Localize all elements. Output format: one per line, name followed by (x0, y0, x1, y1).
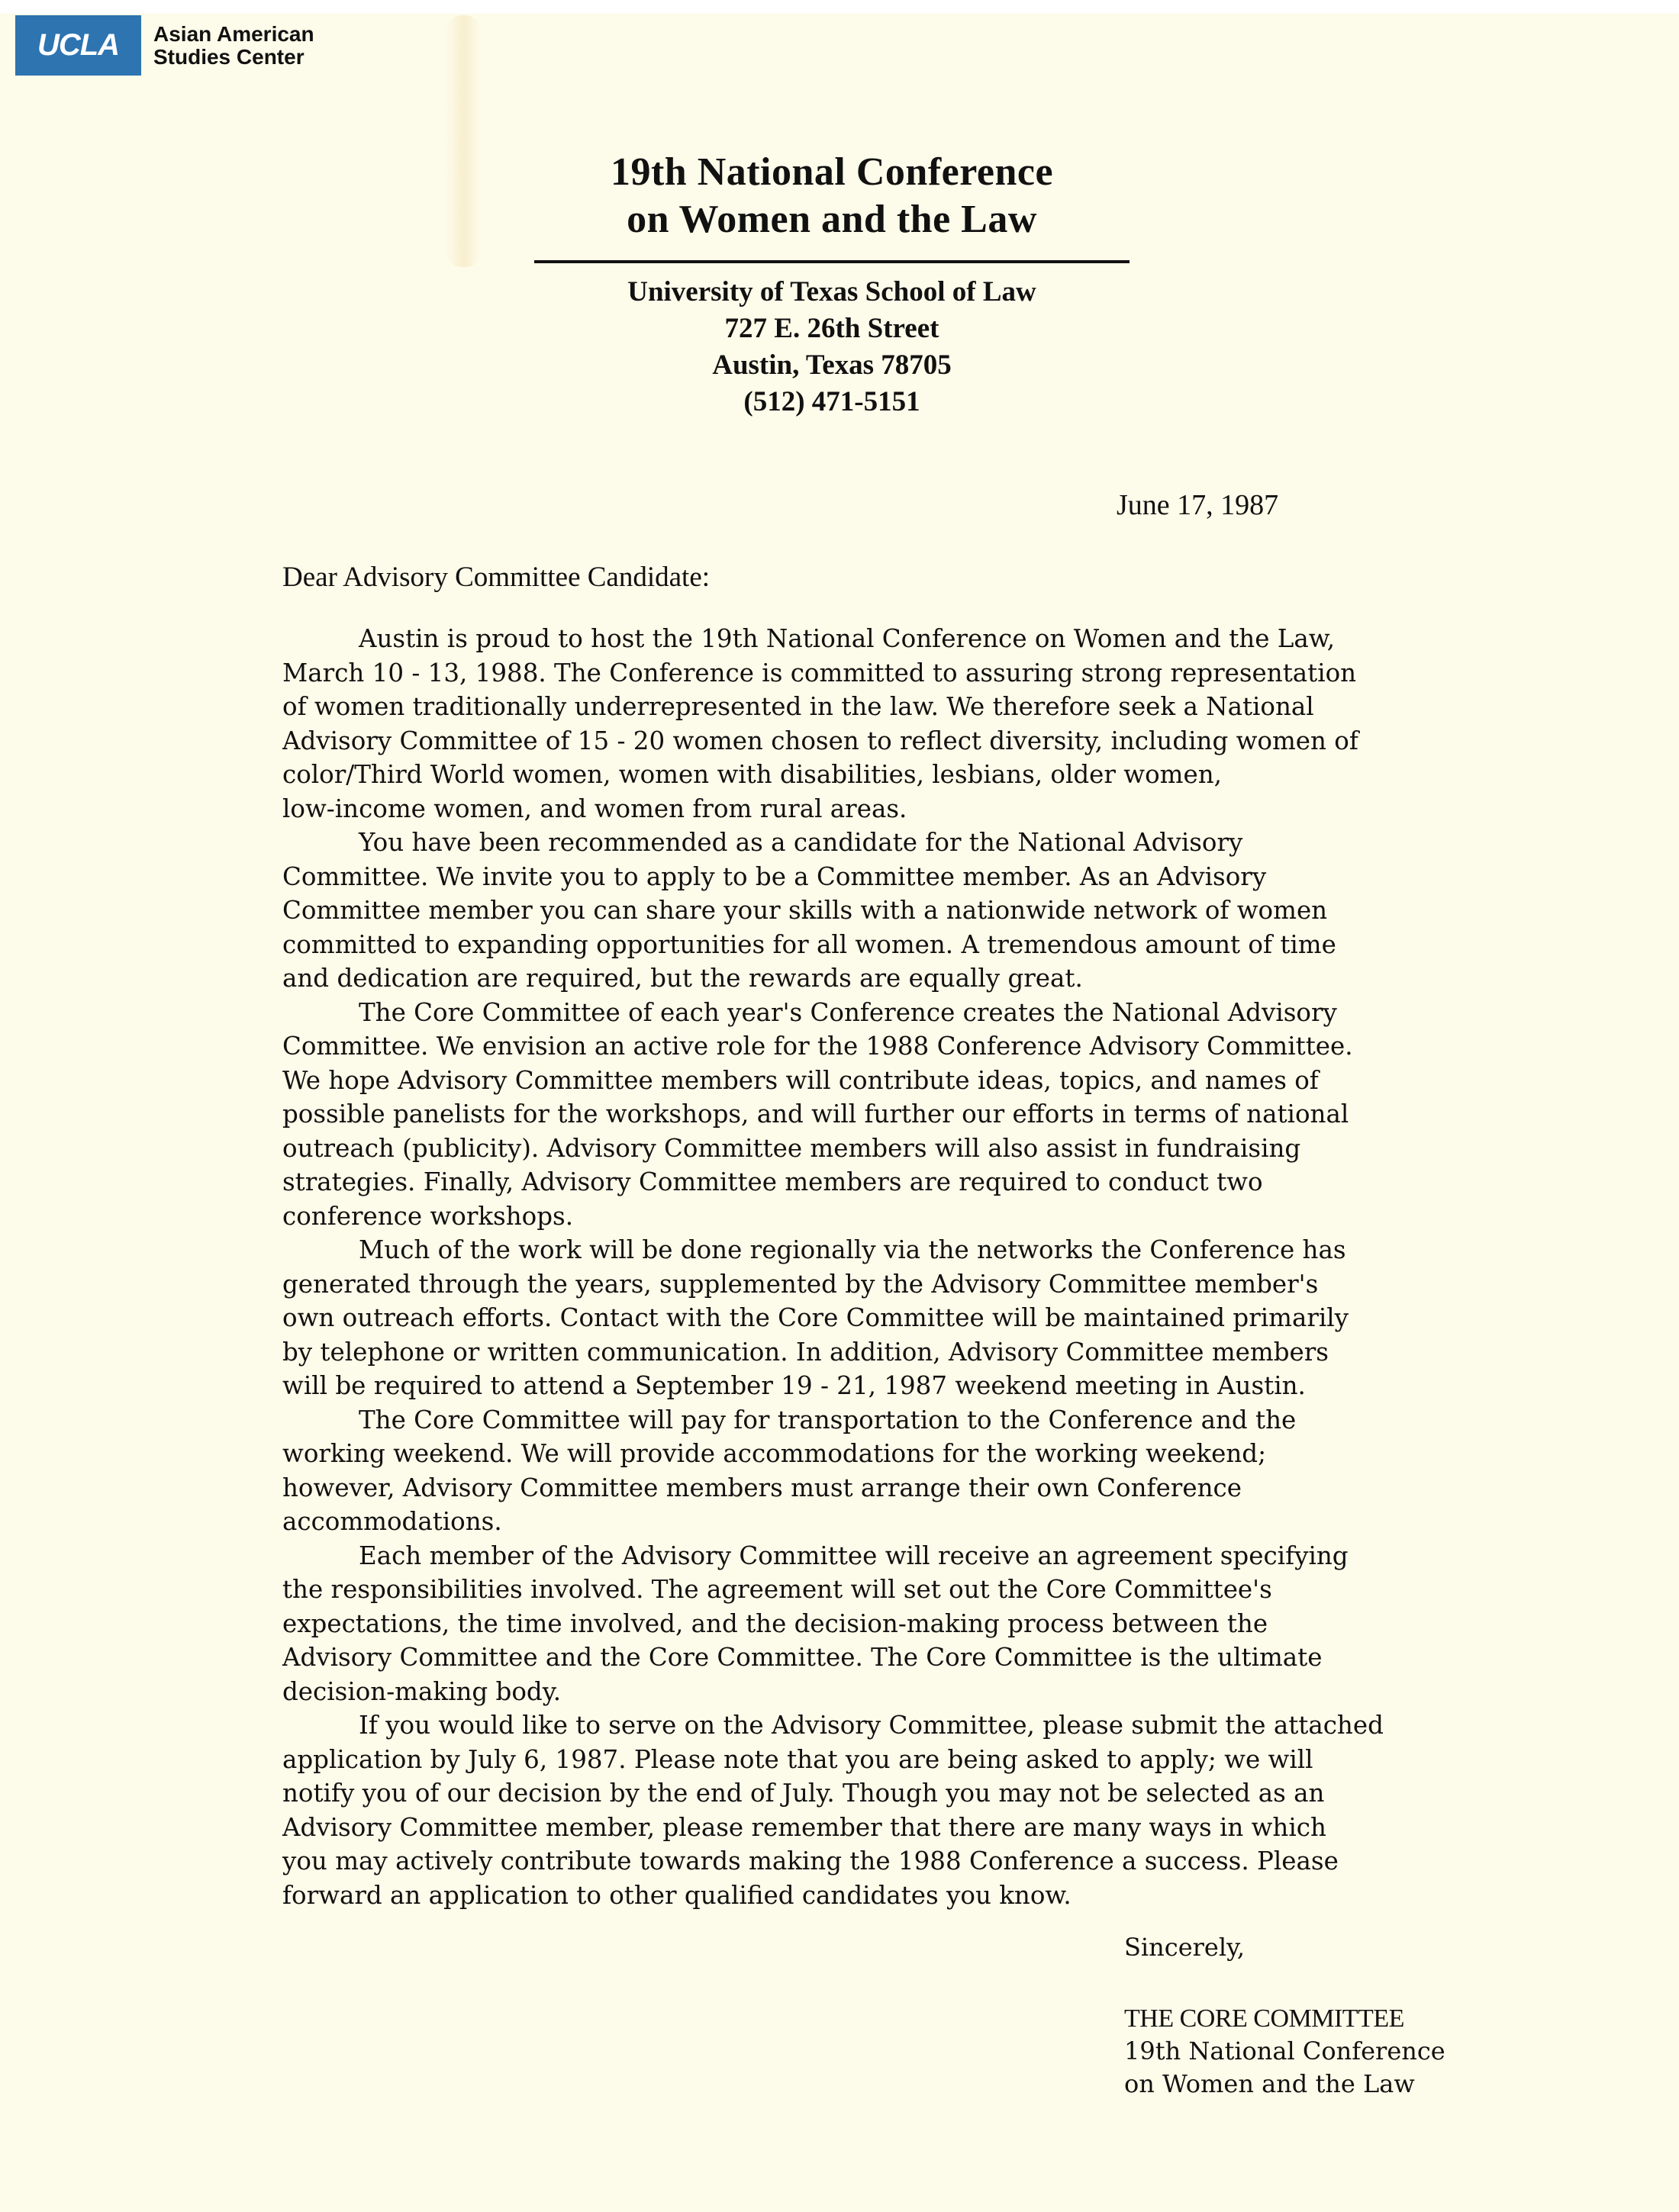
paragraph-line: expectations, the time involved, and the… (282, 1607, 1488, 1641)
address-institution: University of Texas School of Law (527, 274, 1137, 311)
ucla-aasc-logo: UCLA Asian American Studies Center (15, 15, 314, 76)
letter-date: June 17, 1987 (1117, 488, 1278, 522)
paragraph-line: March 10 - 13, 1988. The Conference is c… (282, 656, 1488, 691)
logo-line-1: Asian American (153, 23, 314, 46)
letterhead-title: 19th National Conference on Women and th… (527, 149, 1137, 243)
paper-stain (446, 15, 481, 267)
paragraph-line: of women traditionally underrepresented … (282, 690, 1488, 724)
signature-line-3: on Women and the Law (1124, 2068, 1445, 2101)
ucla-logo-mark: UCLA (15, 15, 141, 76)
letterhead-divider (534, 260, 1130, 263)
address-city: Austin, Texas 78705 (527, 347, 1137, 384)
address-street: 727 E. 26th Street (527, 311, 1137, 347)
paragraph-line: Each member of the Advisory Committee wi… (282, 1539, 1488, 1573)
paragraph-line: generated through the years, supplemente… (282, 1267, 1488, 1302)
logo-text: Asian American Studies Center (153, 23, 314, 69)
paragraph-line: strategies. Finally, Advisory Committee … (282, 1165, 1488, 1199)
paragraph-line: Advisory Committee member, please rememb… (282, 1811, 1488, 1845)
paragraph-line: The Core Committee will pay for transpor… (282, 1403, 1488, 1438)
paragraph-line: and dedication are required, but the rew… (282, 961, 1488, 996)
letter-paragraph: Austin is proud to host the 19th Nationa… (282, 622, 1488, 826)
letter-paragraph: The Core Committee will pay for transpor… (282, 1403, 1488, 1539)
paragraph-line: by telephone or written communication. I… (282, 1335, 1488, 1370)
paragraph-line: Austin is proud to host the 19th Nationa… (282, 622, 1488, 656)
letter-paragraph: If you would like to serve on the Adviso… (282, 1708, 1488, 1912)
paragraph-line: however, Advisory Committee members must… (282, 1471, 1488, 1505)
paragraph-line: application by July 6, 1987. Please note… (282, 1743, 1488, 1777)
paragraph-line: Advisory Committee of 15 - 20 women chos… (282, 724, 1488, 758)
paragraph-line: will be required to attend a September 1… (282, 1369, 1488, 1403)
paragraph-line: Committee. We invite you to apply to be … (282, 860, 1488, 894)
paragraph-line: Committee member you can share your skil… (282, 893, 1488, 928)
paragraph-line: Committee. We envision an active role fo… (282, 1029, 1488, 1064)
paragraph-line: outreach (publicity). Advisory Committee… (282, 1132, 1488, 1166)
salutation: Dear Advisory Committee Candidate: (282, 561, 710, 594)
paragraph-line: committed to expanding opportunities for… (282, 928, 1488, 962)
paragraph-line: If you would like to serve on the Adviso… (282, 1708, 1488, 1743)
paragraph-line: you may actively contribute towards maki… (282, 1844, 1488, 1879)
signature-line-2: 19th National Conference (1124, 2035, 1445, 2068)
letter-paragraph: Much of the work will be done regionally… (282, 1233, 1488, 1403)
paragraph-line: working weekend. We will provide accommo… (282, 1437, 1488, 1471)
letterhead-title-line-1: 19th National Conference (527, 149, 1137, 196)
letterhead-address: University of Texas School of Law 727 E.… (527, 274, 1137, 420)
letterhead-title-line-2: on Women and the Law (527, 196, 1137, 243)
paragraph-line: forward an application to other qualifie… (282, 1879, 1488, 1913)
paragraph-line: Advisory Committee and the Core Committe… (282, 1640, 1488, 1675)
paragraph-line: own outreach efforts. Contact with the C… (282, 1301, 1488, 1335)
letter-paragraph: You have been recommended as a candidate… (282, 826, 1488, 996)
paragraph-line: decision-making body. (282, 1675, 1488, 1709)
letter-paragraph: The Core Committee of each year's Confer… (282, 996, 1488, 1234)
paragraph-line: possible panelists for the workshops, an… (282, 1097, 1488, 1132)
scan-top-border (0, 0, 1679, 14)
paragraph-line: the responsibilities involved. The agree… (282, 1573, 1488, 1607)
paragraph-line: low-income women, and women from rural a… (282, 792, 1488, 826)
signature-org: THE CORE COMMITTEE (1124, 2002, 1445, 2035)
paragraph-line: We hope Advisory Committee members will … (282, 1064, 1488, 1098)
logo-line-2: Studies Center (153, 46, 314, 69)
paragraph-line: notify you of our decision by the end of… (282, 1776, 1488, 1811)
letterhead: 19th National Conference on Women and th… (527, 149, 1137, 420)
letter-paragraph: Each member of the Advisory Committee wi… (282, 1539, 1488, 1709)
signature-block: THE CORE COMMITTEE 19th National Confere… (1124, 2002, 1445, 2101)
paragraph-line: color/Third World women, women with disa… (282, 758, 1488, 792)
paragraph-line: The Core Committee of each year's Confer… (282, 996, 1488, 1030)
paragraph-line: conference workshops. (282, 1199, 1488, 1234)
letter-body: Austin is proud to host the 19th Nationa… (282, 622, 1488, 1912)
address-phone: (512) 471-5151 (527, 384, 1137, 420)
closing: Sincerely, (1124, 1933, 1245, 1962)
paragraph-line: Much of the work will be done regionally… (282, 1233, 1488, 1267)
paragraph-line: You have been recommended as a candidate… (282, 826, 1488, 860)
paragraph-line: accommodations. (282, 1505, 1488, 1539)
